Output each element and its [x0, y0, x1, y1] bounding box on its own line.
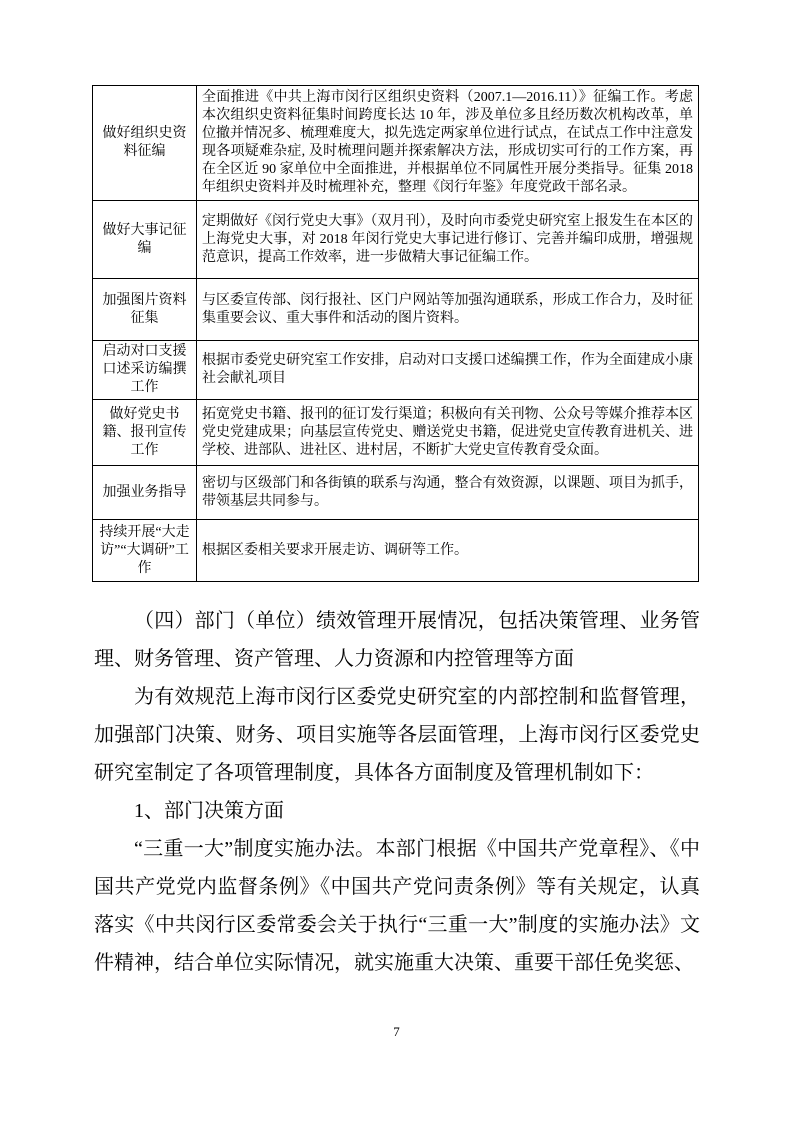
row-label: 启动对口支援口述采访编撰工作: [93, 341, 197, 400]
row-label: 做好大事记征编: [93, 201, 197, 279]
body-text: （四）部门（单位）绩效管理开展情况，包括决策管理、业务管理、财务管理、资产管理、…: [94, 602, 700, 982]
table-row: 做好组织史资料征编 全面推进《中共上海市闵行区组织史资料（2007.1—2016…: [93, 86, 699, 201]
subsection-heading: 1、部门决策方面: [94, 792, 700, 830]
row-content: 密切与区级部门和各街镇的联系与沟通，整合有效资源，以课题、项目为抓手，带领基层共…: [197, 466, 699, 520]
row-content: 根据区委相关要求开展走访、调研等工作。: [197, 520, 699, 582]
table-row: 加强图片资料征集 与区委宣传部、闵行报社、区门户网站等加强沟通联系，形成工作合力…: [93, 279, 699, 341]
row-content: 全面推进《中共上海市闵行区组织史资料（2007.1—2016.11）》征编工作。…: [197, 86, 699, 201]
row-label: 加强业务指导: [93, 466, 197, 520]
table-row: 做好党史书籍、报刊宣传工作 拓宽党史书籍、报刊的征订发行渠道；积极向有关刊物、公…: [93, 400, 699, 466]
row-content: 拓宽党史书籍、报刊的征订发行渠道；积极向有关刊物、公众号等媒介推荐本区党史党建成…: [197, 400, 699, 466]
table-row: 做好大事记征编 定期做好《闵行党史大事》（双月刊），及时向市委党史研究室上报发生…: [93, 201, 699, 279]
row-label: 做好党史书籍、报刊宣传工作: [93, 400, 197, 466]
document-page: 做好组织史资料征编 全面推进《中共上海市闵行区组织史资料（2007.1—2016…: [0, 0, 793, 1122]
row-label: 加强图片资料征集: [93, 279, 197, 341]
page-number: 7: [0, 1024, 793, 1040]
section-heading: （四）部门（单位）绩效管理开展情况，包括决策管理、业务管理、财务管理、资产管理、…: [94, 602, 700, 678]
row-label: 持续开展“大走访”“大调研”工作: [93, 520, 197, 582]
paragraph: “三重一大”制度实施办法。本部门根据《中国共产党章程》、《中国共产党党内监督条例…: [94, 830, 700, 982]
row-content: 定期做好《闵行党史大事》（双月刊），及时向市委党史研究室上报发生在本区的上海党史…: [197, 201, 699, 279]
row-content: 根据市委党史研究室工作安排，启动对口支援口述编撰工作，作为全面建成小康社会献礼项…: [197, 341, 699, 400]
work-plan-table: 做好组织史资料征编 全面推进《中共上海市闵行区组织史资料（2007.1—2016…: [92, 85, 699, 582]
paragraph: 为有效规范上海市闵行区委党史研究室的内部控制和监督管理，加强部门决策、财务、项目…: [94, 678, 700, 792]
table-row: 加强业务指导 密切与区级部门和各街镇的联系与沟通，整合有效资源，以课题、项目为抓…: [93, 466, 699, 520]
table-row: 启动对口支援口述采访编撰工作 根据市委党史研究室工作安排，启动对口支援口述编撰工…: [93, 341, 699, 400]
row-label: 做好组织史资料征编: [93, 86, 197, 201]
table-row: 持续开展“大走访”“大调研”工作 根据区委相关要求开展走访、调研等工作。: [93, 520, 699, 582]
row-content: 与区委宣传部、闵行报社、区门户网站等加强沟通联系，形成工作合力，及时征集重要会议…: [197, 279, 699, 341]
